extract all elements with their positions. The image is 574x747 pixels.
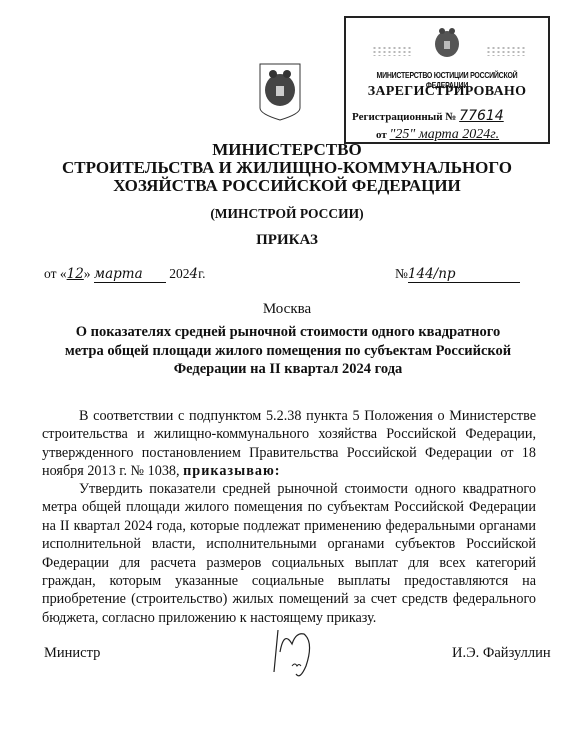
eagle-emblem-icon	[432, 24, 462, 60]
stamp-texture	[486, 46, 526, 56]
handwritten-signature-icon	[270, 622, 326, 682]
order-title: О показателях средней рыночной стоимости…	[60, 323, 516, 379]
stamp-texture	[372, 46, 412, 56]
stamp-status: ЗАРЕГИСТРИРОВАНО	[346, 84, 548, 100]
registration-stamp: МИНИСТЕРСТВО ЮСТИЦИИ РОССИЙСКОЙ ФЕДЕРАЦИ…	[344, 16, 550, 144]
signatory-position: Министр	[44, 645, 100, 662]
order-number: №144/пр	[395, 266, 520, 283]
body-paragraph-2: Утвердить показатели средней рыночной ст…	[42, 480, 536, 627]
ministry-name-line3: ХОЗЯЙСТВА РОССИЙСКОЙ ФЕДЕРАЦИИ	[0, 176, 574, 196]
order-number-label: №	[395, 266, 408, 281]
body-p1-bold: приказываю:	[183, 463, 280, 479]
order-year-end: г.	[198, 266, 205, 281]
ministry-name-line1: МИНИСТЕРСТВО	[0, 140, 574, 160]
order-year-suffix: 4	[190, 266, 199, 282]
order-day: 12	[67, 266, 84, 282]
body-p1-text: В соответствии с подпунктом 5.2.38 пункт…	[42, 408, 536, 479]
order-month: марта	[94, 266, 166, 283]
body-paragraph-1: В соответствии с подпунктом 5.2.38 пункт…	[42, 407, 536, 481]
city: Москва	[0, 301, 574, 318]
order-number-value: 144/пр	[408, 266, 520, 283]
order-year-prefix: 202	[169, 266, 189, 281]
document-type: ПРИКАЗ	[0, 232, 574, 249]
signatory-name: И.Э. Файзуллин	[452, 645, 551, 662]
coat-of-arms-icon	[258, 62, 302, 122]
ministry-name-line2: СТРОИТЕЛЬСТВА И ЖИЛИЩНО-КОММУНАЛЬНОГО	[0, 158, 574, 178]
ministry-short-name: (МИНСТРОЙ РОССИИ)	[0, 206, 574, 222]
stamp-reg-number: Регистрационный № 77614	[352, 108, 504, 124]
stamp-reg-value: 77614	[459, 108, 504, 124]
order-date-prefix: от «	[44, 266, 67, 281]
order-date: от «12» марта 2024г.	[44, 266, 206, 283]
stamp-reg-label: Регистрационный №	[352, 111, 456, 123]
